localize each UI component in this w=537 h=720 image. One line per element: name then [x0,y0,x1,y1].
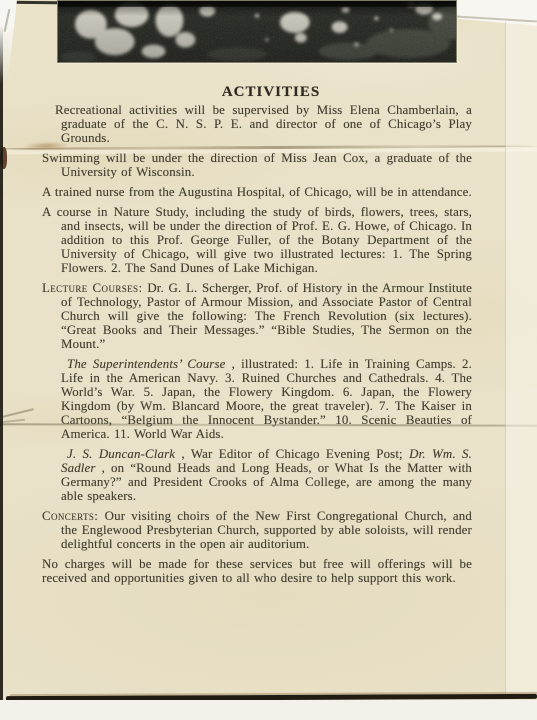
text-run: Swimming will be under the direction of … [42,151,472,179]
paragraph: Lecture Courses: Dr. G. L. Scherger, Pro… [42,281,472,351]
paragraph: Concerts: Our visiting choirs of the New… [42,509,472,551]
scratch-mark [2,408,34,418]
brown-smudge [22,141,70,151]
text-run: Recreational activities will be supervis… [55,103,472,145]
text-run: J. S. Duncan-Clark [67,447,181,461]
text-run: , on “Round Heads and Long Heads, or Wha… [61,461,472,503]
text-run: No charges will be made for these servic… [42,557,472,585]
garden-photo [57,0,457,63]
paragraph: No charges will be made for these servic… [42,557,472,585]
paragraph: Recreational activities will be supervis… [42,103,472,145]
text-column: Recreational activities will be supervis… [42,103,472,591]
text-run: , War Editor of Chicago Evening Post; [181,447,409,461]
text-run: The Superintendents’ Course [67,357,232,371]
paragraph: A trained nurse from the Augustina Hospi… [42,185,472,199]
text-run: A course in Nature Study, including the … [42,205,472,275]
right-page-edge-strip [505,22,537,698]
paper-page: ACTIVITIES Recreational activities will … [0,0,537,701]
paragraph: The Superintendents’ Course , illustrate… [42,357,472,441]
text-run: Our visiting choirs of the New First Con… [61,509,472,551]
paragraph: J. S. Duncan-Clark , War Editor of Chica… [42,447,472,503]
text-run: A trained nurse from the Augustina Hospi… [42,185,472,199]
paragraph: A course in Nature Study, including the … [42,205,472,275]
paragraph: Swimming will be under the direction of … [42,151,472,179]
text-run: Concerts: [42,509,105,523]
halftone-photo-graphic [58,1,456,62]
text-run: Lecture Courses: [42,281,147,295]
left-page-edge [0,24,3,700]
scanned-document: { "document": { "title": "ACTIVITIES", "… [0,0,537,720]
scanner-background [0,700,537,720]
page-title: ACTIVITIES [42,84,472,101]
